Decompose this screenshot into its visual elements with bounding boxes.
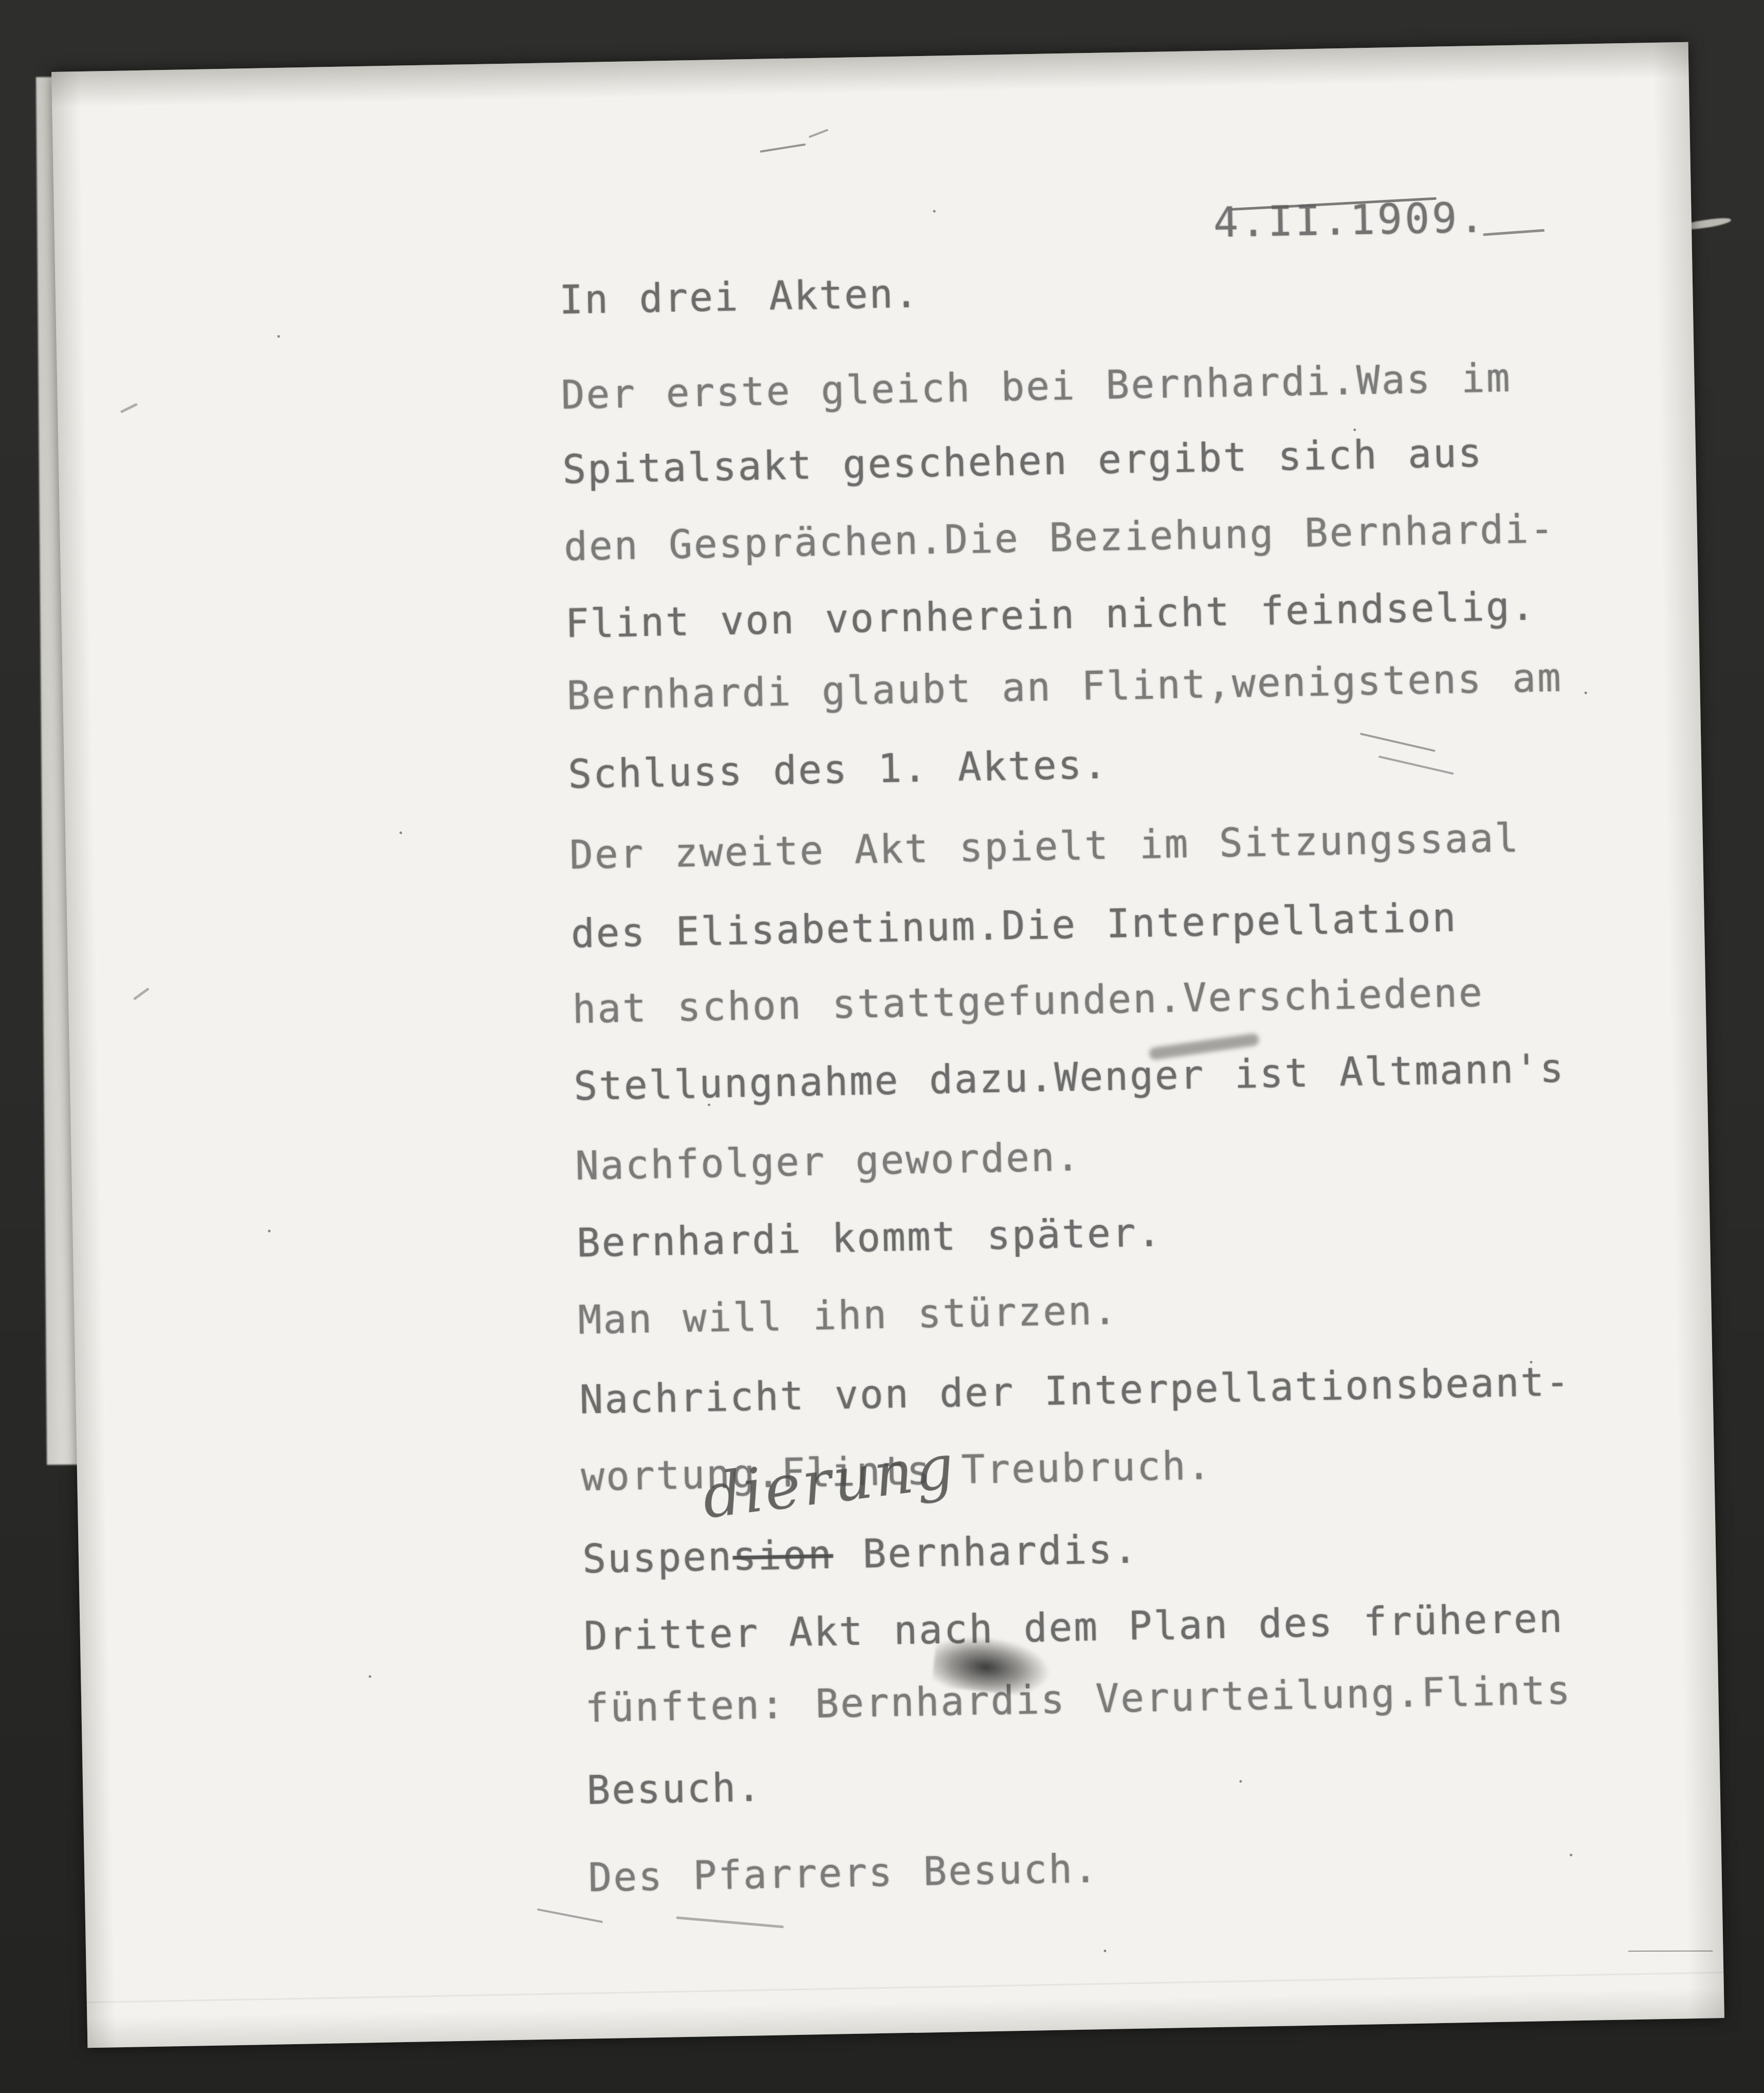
handwritten-insertion: dierung bbox=[699, 1430, 960, 1532]
typescript-date: 4.II.1909. bbox=[1213, 197, 1487, 244]
typescript-line: Des Pfarrers Besuch. bbox=[588, 1849, 1099, 1897]
strikethrough-text: sion bbox=[732, 1532, 834, 1580]
stray-pen-mark bbox=[808, 129, 829, 138]
typescript-line: In drei Akten. bbox=[559, 274, 920, 320]
typescript-line: Spitalsakt geschehen ergibt sich aus bbox=[562, 433, 1483, 489]
scratch-hairline bbox=[1628, 1951, 1713, 1952]
paper-crease bbox=[87, 1972, 1724, 2003]
margin-mark bbox=[133, 987, 150, 1000]
stray-pen-mark bbox=[760, 143, 806, 153]
typescript-line: Dritter Akt nach dem Plan des früheren bbox=[583, 1599, 1564, 1656]
typescript-line: fünften: Bernhardis Verurteilung.Flints bbox=[585, 1670, 1572, 1728]
scanned-typescript: 4.II.1909. In drei Akten. Der erste glei… bbox=[0, 0, 1764, 2093]
typescript-line: Flint von vornherein nicht feindselig. bbox=[565, 586, 1536, 644]
typescript-line: Bernhardi kommt später. bbox=[576, 1213, 1163, 1263]
typescript-line: Nachricht von der Interpellationsbeant- bbox=[579, 1362, 1571, 1419]
stray-pen-mark bbox=[537, 1908, 603, 1923]
margin-mark bbox=[120, 403, 138, 413]
edited-line-suffix: Bernhardis. bbox=[833, 1526, 1139, 1577]
typescript-line: hat schon stattgefunden.Verschiedene bbox=[572, 973, 1484, 1029]
typescript-page: 4.II.1909. In drei Akten. Der erste glei… bbox=[51, 42, 1724, 2048]
edited-line-prefix: Suspen bbox=[582, 1533, 733, 1582]
typescript-line: Der erste gleich bei Bernhardi.Was im bbox=[561, 358, 1512, 415]
typescript-line: Besuch. bbox=[586, 1768, 763, 1810]
stray-pen-mark bbox=[1360, 732, 1436, 752]
typescript-line: Man will ihn stürzen. bbox=[578, 1291, 1118, 1339]
typescript-line: Der zweite Akt spielt im Sitzungssaal bbox=[569, 818, 1520, 875]
typescript-line: Schluss des 1. Aktes. bbox=[568, 745, 1109, 794]
typescript-line: Nachfolger geworden. bbox=[575, 1137, 1081, 1186]
typescript-line: Bernhardi glaubt an Flint,wenigstens am bbox=[566, 658, 1563, 715]
typescript-line-edited: Suspension Bernhardis. bbox=[582, 1530, 1139, 1579]
typescript-line: den Gesprächen.Die Beziehung Bernhardi- bbox=[563, 509, 1555, 566]
pen-dash-right-of-date bbox=[1483, 229, 1545, 236]
typescript-line: Stellungnahme dazu.Wenger ist Altmann's bbox=[574, 1049, 1566, 1106]
typescript-line: des Elisabetinum.Die Interpellation bbox=[571, 898, 1458, 953]
stray-pen-mark bbox=[676, 1916, 784, 1928]
stray-pen-mark bbox=[1379, 756, 1454, 775]
